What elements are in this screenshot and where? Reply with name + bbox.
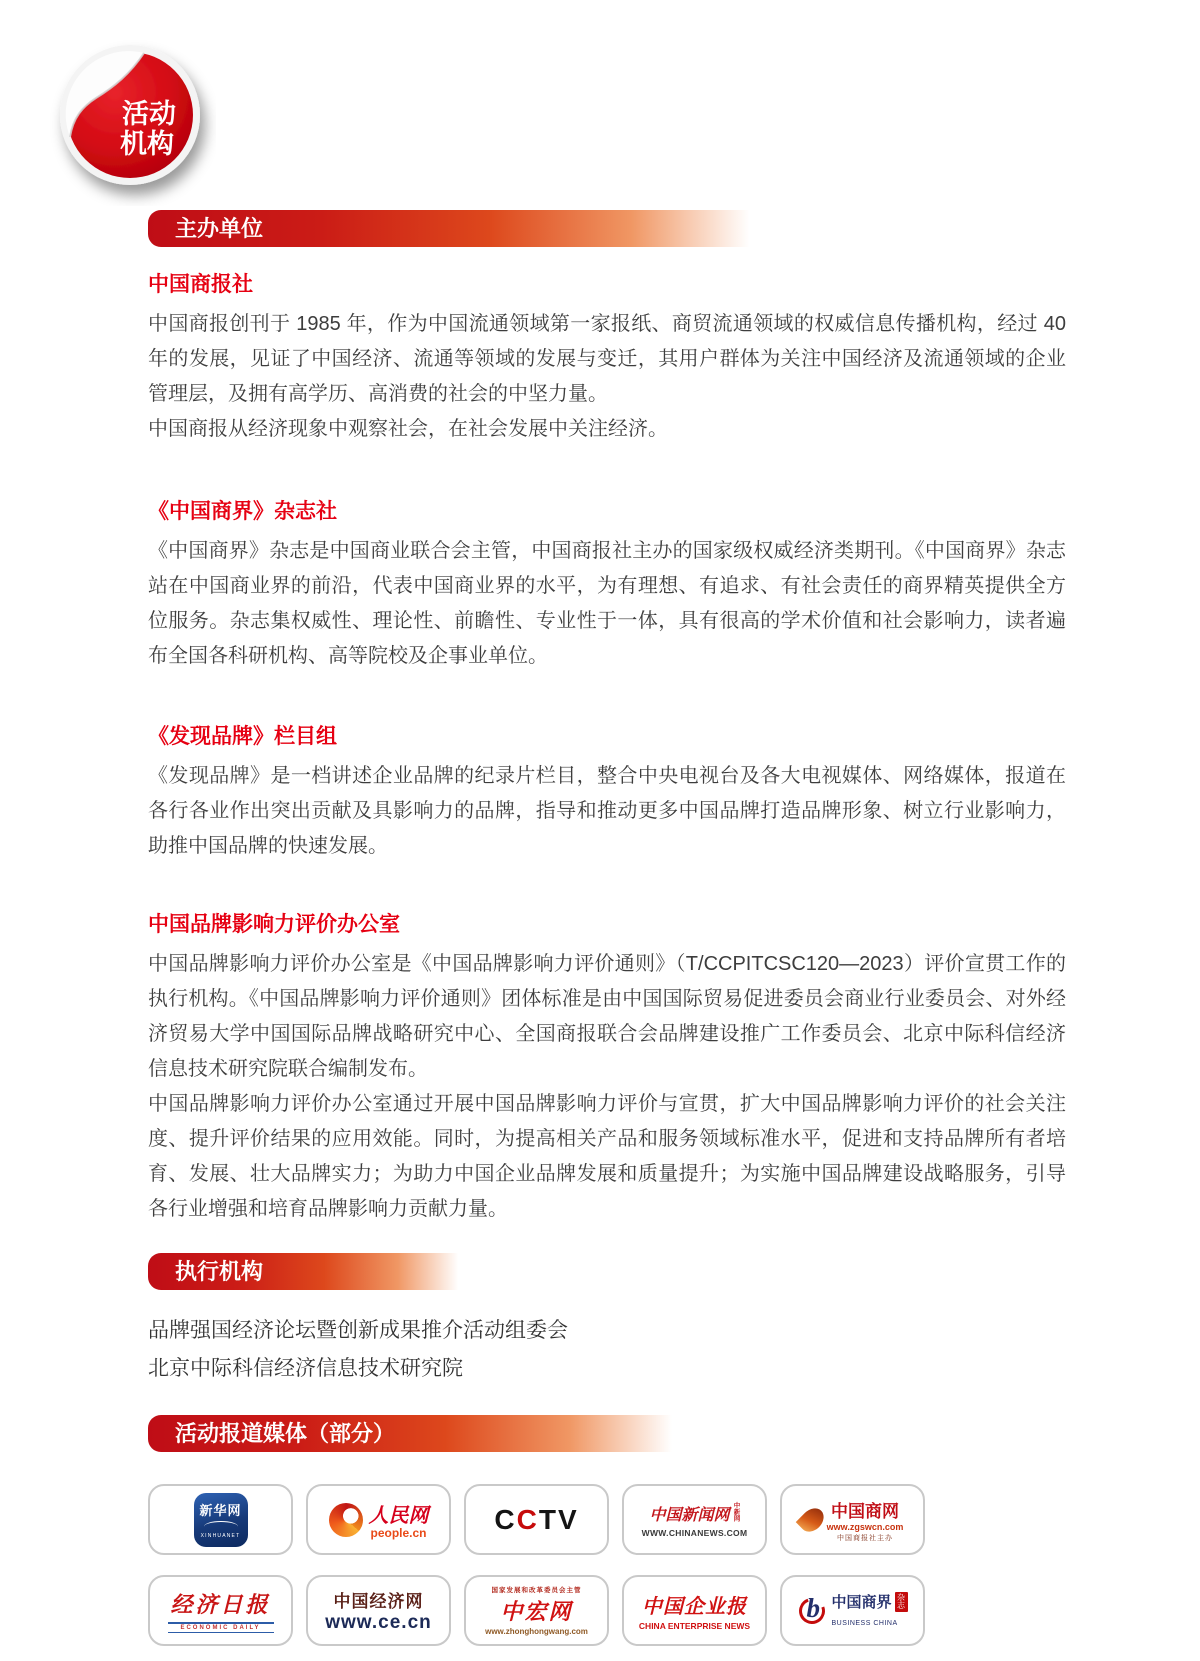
chinanews-name: 中国新闻网: [649, 1502, 729, 1525]
people-name: 人民网: [369, 1499, 429, 1528]
media-logo-row-1: 新华网 XINHUANET 人民网 people.cn: [148, 1484, 948, 1555]
economic-daily-name: 经济日报: [170, 1588, 270, 1619]
xinhuanet-app-icon: 新华网 XINHUANET: [194, 1493, 248, 1547]
chinanews-logo: 中国新闻网 中新网 WWW.CHINANEWS.COM: [642, 1502, 748, 1538]
executing-agency: 品牌强国经济论坛暨创新成果推介活动组委会: [148, 1312, 1066, 1350]
section-paragraph: 中国商报创刊于 1985 年，作为中国流通领域第一家报纸、商贸流通领域的权威信息…: [148, 307, 1066, 412]
zgswcn-logo: 中国商网 www.zgswcn.com 中国商报社主办: [802, 1497, 904, 1543]
section-bar-media: 活动报道媒体（部分）: [148, 1415, 688, 1452]
ce-name: 中国经济网: [334, 1587, 424, 1612]
people-logo: 人民网 people.cn: [329, 1499, 429, 1540]
xinhuanet-arc-icon: [204, 1521, 238, 1532]
section-heading: 中国商报社: [148, 270, 1066, 300]
zhonghong-logo: 国家发展和改革委员会主管 中宏网 www.zhonghongwang.com: [485, 1585, 588, 1636]
section-china-business-herald: 中国商报社 中国商报创刊于 1985 年，作为中国流通领域第一家报纸、商贸流通领…: [148, 270, 1066, 447]
section-paragraph: 《中国商界》杂志是中国商业联合会主管，中国商报社主办的国家级权威经济类期刊。《中…: [148, 534, 1066, 674]
section-business-china-magazine: 《中国商界》杂志社 《中国商界》杂志是中国商业联合会主管，中国商报社主办的国家级…: [148, 497, 1066, 674]
executing-agencies-list: 品牌强国经济论坛暨创新成果推介活动组委会 北京中际科信经济信息技术研究院: [148, 1312, 1066, 1388]
cctv-letter-red: C: [517, 1504, 539, 1535]
cen-latin: CHINA ENTERPRISE NEWS: [639, 1621, 750, 1631]
section-bar-media-label: 活动报道媒体（部分）: [175, 1421, 395, 1446]
media-logo-xinhuanet: 新华网 XINHUANET: [148, 1484, 293, 1555]
media-logo-row-2: 经济日报 ECONOMIC DAILY 中国经济网 www.ce.cn 国家发展…: [148, 1575, 948, 1646]
section-paragraph: 中国品牌影响力评价办公室是《中国品牌影响力评价通则》（T/CCPITCSC120…: [148, 947, 1066, 1087]
business-china-name: 中国商界: [831, 1591, 891, 1612]
section-heading: 《发现品牌》栏目组: [148, 722, 1066, 752]
section-bar-exec-label: 执行机构: [175, 1259, 263, 1284]
media-logo-zgswcn: 中国商网 www.zgswcn.com 中国商报社主办: [780, 1484, 925, 1555]
chinanews-row: 中国新闻网 中新网: [649, 1502, 739, 1525]
zgswcn-text: 中国商网 www.zgswcn.com 中国商报社主办: [827, 1497, 904, 1543]
economic-daily-latin: ECONOMIC DAILY: [168, 1622, 274, 1633]
page-content: 主办单位 中国商报社 中国商报创刊于 1985 年，作为中国流通领域第一家报纸、…: [148, 0, 1066, 1646]
media-logo-grid: 新华网 XINHUANET 人民网 people.cn: [148, 1484, 948, 1646]
section-heading: 《中国商界》杂志社: [148, 497, 1066, 527]
flame-icon: [795, 1503, 828, 1536]
executing-agency: 北京中际科信经济信息技术研究院: [148, 1350, 1066, 1388]
magazine-seal: 杂志: [895, 1592, 908, 1612]
section-discover-brand-program: 《发现品牌》栏目组 《发现品牌》是一档讲述企业品牌的纪录片栏目，整合中央电视台及…: [148, 722, 1066, 864]
people-domain: people.cn: [369, 1526, 429, 1540]
section-heading: 中国品牌影响力评价办公室: [148, 910, 1066, 940]
media-logo-china-enterprise-news: 中国企业报 CHINA ENTERPRISE NEWS: [622, 1575, 767, 1646]
media-logo-ce-cn: 中国经济网 www.ce.cn: [306, 1575, 451, 1646]
chinanews-url: WWW.CHINANEWS.COM: [642, 1528, 748, 1538]
people-globe-icon: [329, 1503, 363, 1537]
xinhuanet-name: 新华网: [199, 1500, 241, 1519]
cctv-letters: TV: [539, 1504, 579, 1535]
media-logo-business-china: b 中国商界 杂志 BUSINESS CHINA: [780, 1575, 925, 1646]
zhonghong-url: www.zhonghongwang.com: [485, 1627, 588, 1636]
xinhuanet-latin: XINHUANET: [201, 1533, 241, 1539]
zgswcn-url: www.zgswcn.com: [827, 1522, 904, 1532]
zhonghong-name: 中宏网: [500, 1595, 572, 1626]
business-china-b-glyph: b: [806, 1593, 820, 1624]
section-paragraph: 中国品牌影响力评价办公室通过开展中国品牌影响力评价与宣贯，扩大中国品牌影响力评价…: [148, 1087, 1066, 1227]
business-china-logo: b 中国商界 杂志 BUSINESS CHINA: [797, 1591, 907, 1630]
business-china-latin: BUSINESS CHINA: [831, 1620, 897, 1627]
zgswcn-name: 中国商网: [831, 1497, 899, 1522]
zhonghong-supervisor: 国家发展和改革委员会主管: [492, 1585, 582, 1594]
media-logo-economic-daily: 经济日报 ECONOMIC DAILY: [148, 1575, 293, 1646]
section-bar-executing-agencies: 执行机构: [148, 1253, 468, 1290]
cen-name: 中国企业报: [642, 1590, 747, 1619]
business-china-nameline: 中国商界 杂志: [831, 1591, 907, 1612]
business-china-icon: b: [797, 1596, 827, 1626]
section-paragraph: 《发现品牌》是一档讲述企业品牌的纪录片栏目，整合中央电视台及各大电视媒体、网络媒…: [148, 759, 1066, 864]
cctv-wordmark: CCTV: [494, 1504, 578, 1536]
zgswcn-note: 中国商报社主办: [837, 1533, 893, 1543]
section-bar-host-units: 主办单位: [148, 210, 768, 247]
media-logo-peoplecn: 人民网 people.cn: [306, 1484, 451, 1555]
media-logo-cctv: CCTV: [464, 1484, 609, 1555]
cctv-letter: C: [494, 1504, 516, 1535]
section-bar-host-label: 主办单位: [175, 216, 263, 241]
ce-url: www.ce.cn: [325, 1612, 432, 1634]
media-logo-chinanews: 中国新闻网 中新网 WWW.CHINANEWS.COM: [622, 1484, 767, 1555]
cen-logo: 中国企业报 CHINA ENTERPRISE NEWS: [639, 1590, 750, 1631]
ce-logo: 中国经济网 www.ce.cn: [325, 1587, 432, 1634]
business-china-text: 中国商界 杂志 BUSINESS CHINA: [831, 1591, 907, 1630]
section-brand-influence-office: 中国品牌影响力评价办公室 中国品牌影响力评价办公室是《中国品牌影响力评价通则》（…: [148, 910, 1066, 1227]
economic-daily-logo: 经济日报 ECONOMIC DAILY: [168, 1588, 274, 1633]
section-paragraph: 中国商报从经济现象中观察社会，在社会发展中关注经济。: [148, 412, 1066, 447]
chinanews-side-seal: 中新网: [732, 1502, 740, 1522]
media-logo-zhonghongwang: 国家发展和改革委员会主管 中宏网 www.zhonghongwang.com: [464, 1575, 609, 1646]
people-text: 人民网 people.cn: [369, 1499, 429, 1540]
